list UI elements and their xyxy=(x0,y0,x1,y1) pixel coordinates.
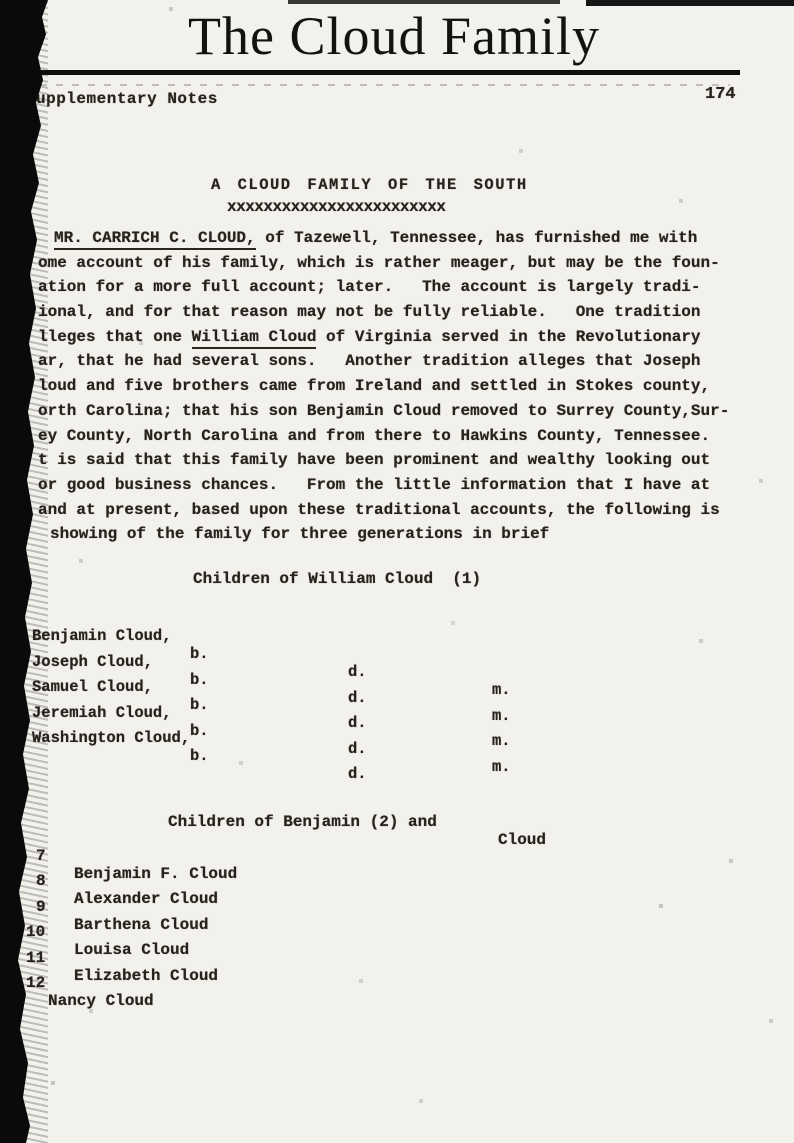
children-of-benjamin-heading: Children of Benjamin (2) and Cloud xyxy=(0,795,794,817)
paragraph-line: loud and five brothers came from Ireland… xyxy=(38,377,778,402)
text-segment: lleges that one xyxy=(38,328,192,346)
child-row: Joseph Cloud, b. d. m. xyxy=(0,635,794,661)
text-segment: showing of the family for three generati… xyxy=(50,525,549,543)
text-segment: ional, and for that reason may not be fu… xyxy=(38,303,701,321)
text-segment: ome account of his family, which is rath… xyxy=(38,254,720,272)
text-segment: loud and five brothers came from Ireland… xyxy=(38,377,710,395)
scanned-document-page: The Cloud Family upplementary Notes 174 … xyxy=(0,0,794,1143)
paragraph-line: or good business chances. From the littl… xyxy=(38,476,778,501)
numbered-child-row: 7 Benjamin F. Cloud xyxy=(0,829,794,854)
text-segment: or good business chances. From the littl… xyxy=(38,476,710,494)
text-segment: orth Carolina; that his son Benjamin Clo… xyxy=(38,402,729,420)
paragraph-line: showing of the family for three generati… xyxy=(38,525,778,550)
underlined-name: William Cloud xyxy=(192,328,317,349)
birth-label: b. xyxy=(190,747,209,765)
paragraph-line: ional, and for that reason may not be fu… xyxy=(38,303,778,328)
paragraph-line: and at present, based upon these traditi… xyxy=(38,501,778,526)
underlined-name: MR. CARRICH C. CLOUD, xyxy=(54,229,256,250)
death-label: d. xyxy=(348,765,367,783)
child-name: Washington Cloud, xyxy=(32,729,190,747)
child-row: Jeremiah Cloud, b. d. m. xyxy=(0,686,794,712)
heading-x-underline: xxxxxxxxxxxxxxxxxxxxxxxx xyxy=(227,198,445,216)
paragraph-line: ar, that he had several sons. Another tr… xyxy=(38,352,778,377)
numbered-child-row: 10 Louisa Cloud xyxy=(0,905,794,930)
text-segment: of Virginia served in the Revolutionary xyxy=(316,328,700,346)
child-row: Washington Cloud, b. d. xyxy=(0,711,794,737)
article-paragraph: MR. CARRICH C. CLOUD, of Tazewell, Tenne… xyxy=(38,229,778,550)
text-segment: t is said that this family have been pro… xyxy=(38,451,710,469)
scan-top-artifact xyxy=(586,0,794,6)
child-row: Samuel Cloud, b. d. m. xyxy=(0,660,794,686)
numbered-child-row: 8 Alexander Cloud xyxy=(0,854,794,879)
children-of-benjamin-list: 7 Benjamin F. Cloud 8 Alexander Cloud 9 … xyxy=(0,829,794,981)
child-name: Nancy Cloud xyxy=(48,992,154,1010)
paragraph-line: orth Carolina; that his son Benjamin Clo… xyxy=(38,402,778,427)
paragraph-line: MR. CARRICH C. CLOUD, of Tazewell, Tenne… xyxy=(38,229,778,254)
scan-smudge-line xyxy=(40,84,730,86)
running-header: upplementary Notes xyxy=(36,90,218,108)
text-segment: ation for a more full account; later. Th… xyxy=(38,278,701,296)
numbered-child-row: 11 Elizabeth Cloud xyxy=(0,931,794,956)
scan-top-artifact xyxy=(288,0,560,4)
article-heading: A CLOUD FAMILY OF THE SOUTH xyxy=(211,176,528,194)
children-of-william-heading: Children of William Cloud (1) xyxy=(193,570,481,588)
page-number: 174 xyxy=(705,85,736,104)
paragraph-line: t is said that this family have been pro… xyxy=(38,451,778,476)
children-of-william-list: Benjamin Cloud, b. d. m. Joseph Cloud, b… xyxy=(0,609,794,737)
text-segment: ar, that he had several sons. Another tr… xyxy=(38,352,701,370)
death-label: d. xyxy=(348,740,367,758)
paragraph-line: ome account of his family, which is rath… xyxy=(38,254,778,279)
numbered-child-row: 12 Nancy Cloud xyxy=(0,956,794,981)
text-segment: of Tazewell, Tennessee, has furnished me… xyxy=(256,229,698,247)
page-title: The Cloud Family xyxy=(188,8,600,65)
numbered-child-row: 9 Barthena Cloud xyxy=(0,880,794,905)
text-segment: and at present, based upon these traditi… xyxy=(38,501,720,519)
paragraph-line: ation for a more full account; later. Th… xyxy=(38,278,778,303)
paragraph-line: lleges that one William Cloud of Virgini… xyxy=(38,328,778,353)
paragraph-line: ey County, North Carolina and from there… xyxy=(38,427,778,452)
marriage-label: m. xyxy=(492,758,511,776)
text-segment: ey County, North Carolina and from there… xyxy=(38,427,710,445)
title-divider-rule xyxy=(34,70,740,75)
child-row: Benjamin Cloud, b. d. m. xyxy=(0,609,794,635)
